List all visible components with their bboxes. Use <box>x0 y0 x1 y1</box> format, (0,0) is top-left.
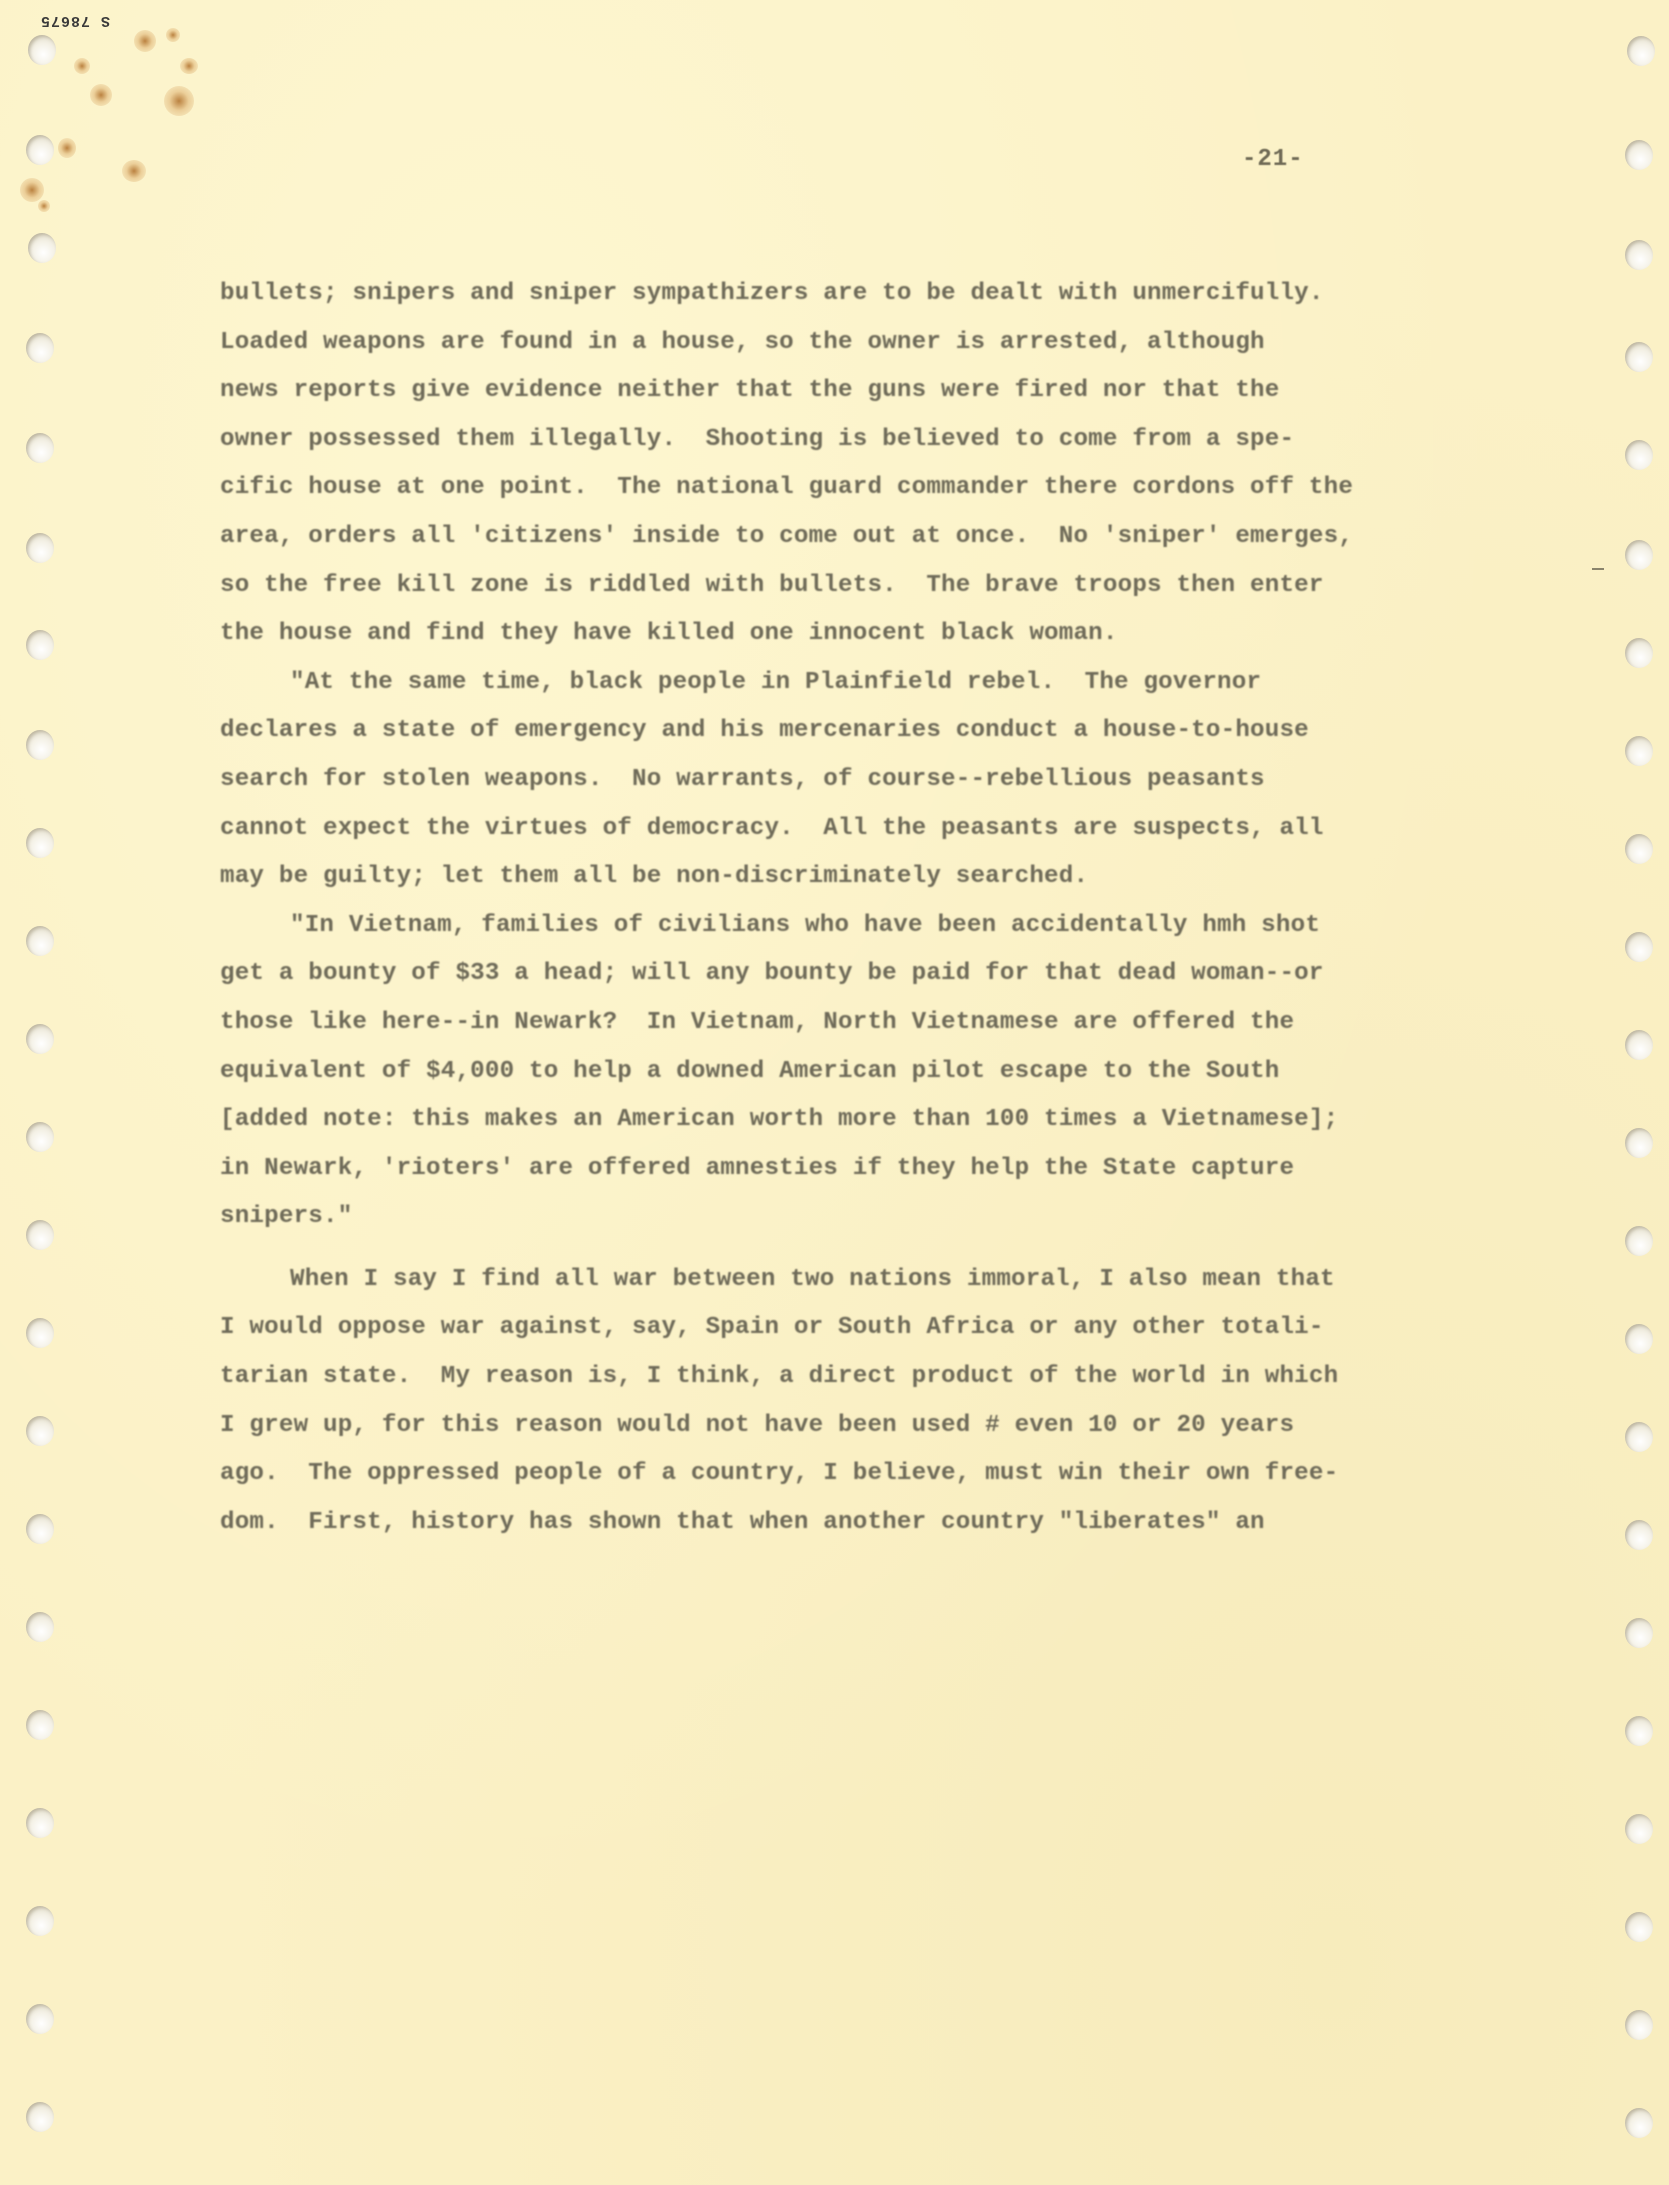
feed-hole <box>1625 140 1653 170</box>
serial-number: S 78675 <box>40 12 110 29</box>
feed-hole <box>26 1612 54 1642</box>
feed-hole <box>1625 440 1653 470</box>
feed-hole <box>26 730 54 760</box>
feed-hole <box>1625 1716 1653 1746</box>
text-line: those like here--in Newark? In Vietnam, … <box>220 999 1520 1048</box>
feed-hole <box>1625 2010 1653 2040</box>
feed-hole <box>1625 638 1653 668</box>
text-line: get a bounty of $33 a head; will any bou… <box>220 950 1520 999</box>
feed-hole <box>1627 36 1655 66</box>
text-line: may be guilty; let them all be non-discr… <box>220 853 1520 902</box>
stain-spot <box>58 138 76 158</box>
text-line: snipers." <box>220 1193 1520 1242</box>
feed-hole <box>26 1416 54 1446</box>
feed-hole <box>26 1318 54 1348</box>
page-number: -21- <box>1242 146 1304 173</box>
text-line: dom. First, history has shown that when … <box>220 1499 1520 1548</box>
feed-hole <box>1625 1422 1653 1452</box>
feed-hole <box>26 2102 54 2132</box>
feed-hole <box>26 533 54 563</box>
feed-hole <box>26 1710 54 1740</box>
text-line: the house and find they have killed one … <box>220 610 1520 659</box>
margin-tick-mark <box>1592 568 1604 570</box>
feed-hole <box>26 1122 54 1152</box>
text-line: Loaded weapons are found in a house, so … <box>220 319 1520 368</box>
feed-hole <box>26 1220 54 1250</box>
text-line: area, orders all 'citizens' inside to co… <box>220 513 1520 562</box>
text-line: declares a state of emergency and his me… <box>220 707 1520 756</box>
text-line: so the free kill zone is riddled with bu… <box>220 562 1520 611</box>
text-line: cannot expect the virtues of democracy. … <box>220 805 1520 854</box>
text-line: I grew up, for this reason would not hav… <box>220 1402 1520 1451</box>
feed-hole <box>1625 2108 1653 2138</box>
feed-hole <box>26 2004 54 2034</box>
feed-hole <box>1625 1128 1653 1158</box>
serial-digits: 78675 <box>40 12 90 29</box>
feed-hole <box>1625 1520 1653 1550</box>
stain-spot <box>74 58 90 74</box>
text-line: bullets; snipers and sniper sympathizers… <box>220 270 1520 319</box>
feed-hole <box>26 135 54 165</box>
text-line: equivalent of $4,000 to help a downed Am… <box>220 1048 1520 1097</box>
stain-spot <box>20 178 44 202</box>
feed-hole <box>1625 1226 1653 1256</box>
feed-hole <box>1625 834 1653 864</box>
feed-hole <box>1625 1618 1653 1648</box>
paragraph-start-line: "At the same time, black people in Plain… <box>220 659 1520 708</box>
text-line: ago. The oppressed people of a country, … <box>220 1450 1520 1499</box>
stain-spot <box>134 30 156 52</box>
feed-hole <box>1625 540 1653 570</box>
feed-hole <box>1625 736 1653 766</box>
text-line: tarian state. My reason is, I think, a d… <box>220 1353 1520 1402</box>
feed-hole <box>26 1906 54 1936</box>
stain-spot <box>164 86 194 116</box>
feed-hole <box>1625 240 1653 270</box>
feed-hole <box>26 926 54 956</box>
text-line: [added note: this makes an American wort… <box>220 1096 1520 1145</box>
feed-hole <box>1625 1324 1653 1354</box>
feed-hole <box>1625 1912 1653 1942</box>
feed-hole <box>26 1024 54 1054</box>
text-line: in Newark, 'rioters' are offered amnesti… <box>220 1145 1520 1194</box>
text-line: news reports give evidence neither that … <box>220 367 1520 416</box>
feed-hole <box>26 630 54 660</box>
stain-spot <box>38 200 50 212</box>
feed-hole <box>1625 1030 1653 1060</box>
feed-hole <box>1625 932 1653 962</box>
feed-hole <box>26 333 54 363</box>
serial-mark: S <box>100 12 110 29</box>
stain-spot <box>180 58 198 74</box>
stain-spot <box>122 160 146 182</box>
feed-hole <box>1625 342 1653 372</box>
feed-hole <box>26 1808 54 1838</box>
stain-spot <box>166 28 180 42</box>
feed-hole <box>1625 1814 1653 1844</box>
feed-hole <box>26 433 54 463</box>
text-line: search for stolen weapons. No warrants, … <box>220 756 1520 805</box>
stain-spot <box>90 84 112 106</box>
text-line: cific house at one point. The national g… <box>220 464 1520 513</box>
feed-hole <box>26 828 54 858</box>
text-line: I would oppose war against, say, Spain o… <box>220 1304 1520 1353</box>
text-line: owner possessed them illegally. Shooting… <box>220 416 1520 465</box>
typed-body-text: bullets; snipers and sniper sympathizers… <box>220 270 1520 1547</box>
feed-hole <box>28 233 56 263</box>
paragraph-start-line: When I say I find all war between two na… <box>220 1256 1520 1305</box>
feed-hole <box>28 35 56 65</box>
paragraph-start-line: "In Vietnam, families of civilians who h… <box>220 902 1520 951</box>
feed-hole <box>26 1514 54 1544</box>
